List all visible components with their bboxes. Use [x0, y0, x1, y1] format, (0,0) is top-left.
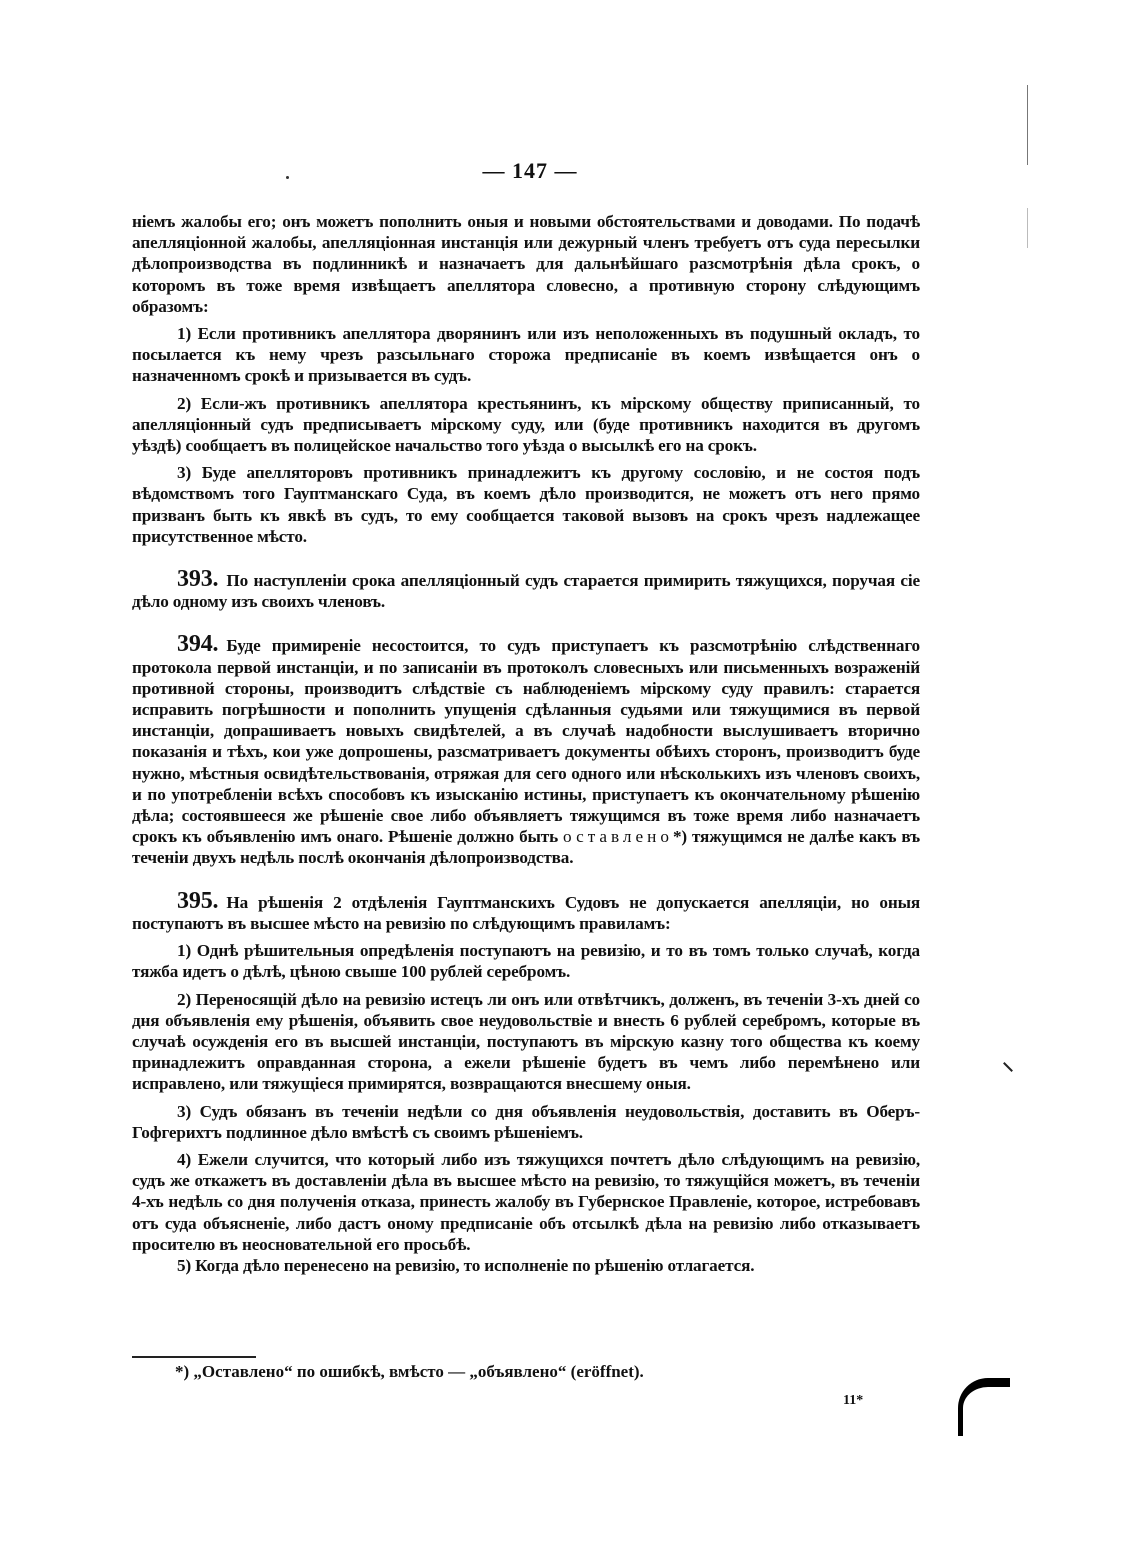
- body-text: ніемъ жалобы его; онъ можетъ пополнить о…: [132, 211, 920, 1276]
- scan-speck: [286, 176, 289, 179]
- footnote-marker: *): [175, 1362, 189, 1381]
- section-text: По наступленіи срока апелляціонный судъ …: [132, 571, 920, 611]
- list-item: 2) Если-жъ противникъ апеллятора крестья…: [132, 393, 920, 457]
- scan-corner-mark: [958, 1378, 1010, 1436]
- section-number: 395.: [177, 888, 218, 914]
- footnote: *) „Оставлено“ по ошибкѣ, вмѣсто — „объя…: [175, 1362, 644, 1382]
- sheet-signature: 11*: [843, 1393, 863, 1409]
- letterspaced-word: оставлено: [563, 827, 673, 846]
- scan-margin-line: [1027, 208, 1028, 248]
- section-number: 394.: [177, 631, 218, 657]
- section-394: 394.Буде примиреніе несостоится, то судъ…: [132, 634, 920, 868]
- section-text: На рѣшенія 2 отдѣленія Гауптманскихъ Суд…: [132, 893, 920, 933]
- footnote-divider: [132, 1356, 256, 1358]
- scan-margin-line: [1027, 85, 1028, 165]
- paragraph-intro: ніемъ жалобы его; онъ можетъ пополнить о…: [132, 211, 920, 317]
- list-item: 3) Судъ обязанъ въ теченіи недѣли со дня…: [132, 1101, 920, 1143]
- section-395: 395.На рѣшенія 2 отдѣленія Гауптманскихъ…: [132, 891, 920, 934]
- footnote-emphasis: „объявлено“: [469, 1362, 566, 1381]
- page-number: — 147 —: [0, 158, 1060, 184]
- footnote-text: (eröffnet).: [566, 1362, 643, 1381]
- list-item: 5) Когда дѣло перенесено на ревизію, то …: [132, 1255, 920, 1276]
- section-text: Буде примиреніе несостоится, то судъ при…: [132, 636, 920, 846]
- list-item: 1) Если противникъ апеллятора дворянинъ …: [132, 323, 920, 387]
- list-item: 2) Переносящій дѣло на ревизію истецъ ли…: [132, 989, 920, 1095]
- list-item: 4) Ежели случится, что который либо изъ …: [132, 1149, 920, 1255]
- list-item: 3) Буде апелляторовъ противникъ принадле…: [132, 462, 920, 547]
- list-item: 1) Однѣ рѣшительныя опредѣленія поступаю…: [132, 940, 920, 982]
- section-393: 393.По наступленіи срока апелляціонный с…: [132, 569, 920, 612]
- section-number: 393.: [177, 566, 218, 592]
- scan-mark: [1003, 1062, 1013, 1072]
- footnote-text: „Оставлено“ по ошибкѣ, вмѣсто —: [189, 1362, 469, 1381]
